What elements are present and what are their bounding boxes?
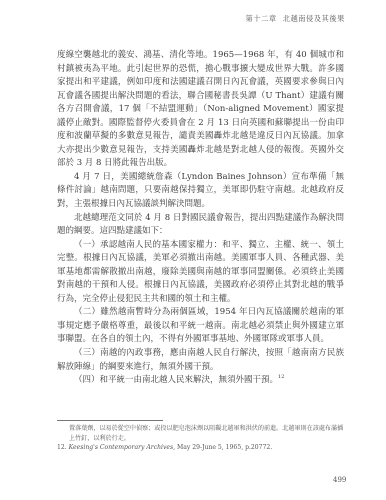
footnote-12: 12. Keesing's Contemporary Archives, May…: [57, 443, 344, 453]
point-text: 南越的內政事務，應由南越人民自行解決，按照「越南南方民族解放陣線」的綱要來進行，…: [57, 348, 344, 372]
footnote-reference[interactable]: 12: [278, 374, 284, 380]
point-text: 和平統一由南北越人民來解決，無須外國干預。: [100, 375, 279, 385]
paragraph: 北越總理范文同於 4 月 8 日對國民議會報告，提出四點建議作為解決問題的綱要。…: [57, 212, 344, 239]
point-label: （四）: [74, 375, 100, 385]
footnote-source-detail: May 29-June 5, 1965, p.20772.: [177, 444, 272, 451]
point-label: （三）: [74, 348, 100, 358]
point-item: （三）南越的內政事務，應由南越人民自行解決，按照「越南南方民族解放陣線」的綱要來…: [57, 347, 344, 374]
page-number: 499: [333, 476, 346, 484]
paragraph: 度線空襲越北的義安、鴻基、清化等地。1965—1968 年，有 40 個城市和村…: [57, 49, 344, 171]
chapter-title: 北越南侵及其後果: [283, 14, 345, 23]
paragraph: 4 月 7 日，美國總統詹森（Lyndon Baines Johnson）宣布準…: [57, 171, 344, 212]
running-head: 第十二章北越南侵及其後果: [246, 14, 345, 24]
point-label: （二）: [74, 307, 100, 317]
point-label: （一）: [74, 240, 100, 250]
footnote-number: 12.: [57, 444, 67, 451]
footnote-divider: [57, 420, 163, 421]
footnote-continuation: 置落葉劑，以易於從空中偵察；或投以肥皂泡沫劑以阻礙北越軍和洪伏的前進。北越軍則在…: [57, 424, 344, 443]
point-item: （四）和平統一由南北越人民來解決，無須外國干預。12: [57, 374, 344, 388]
point-text: 承認越南人民的基本國家權力：和平、獨立、主權、統一、領土完整。根據日內瓦協議，美…: [57, 240, 344, 304]
point-item: （一）承認越南人民的基本國家權力：和平、獨立、主權、統一、領土完整。根據日內瓦協…: [57, 239, 344, 307]
body-text: 度線空襲越北的義安、鴻基、清化等地。1965—1968 年，有 40 個城市和村…: [57, 49, 344, 388]
point-text: 雖然越南暫時分為兩個區域，1954 年日內瓦協議關於越南的軍事規定應予嚴格尊重，…: [57, 307, 344, 344]
chapter-number: 第十二章: [246, 14, 277, 23]
footnote-source-title: Keesing's Contemporary Archives,: [69, 444, 175, 451]
footnotes: 置落葉劑，以易於從空中偵察；或投以肥皂泡沫劑以阻礙北越軍和洪伏的前進。北越軍則在…: [57, 424, 344, 453]
point-item: （二）雖然越南暫時分為兩個區域，1954 年日內瓦協議關於越南的軍事規定應予嚴格…: [57, 306, 344, 347]
